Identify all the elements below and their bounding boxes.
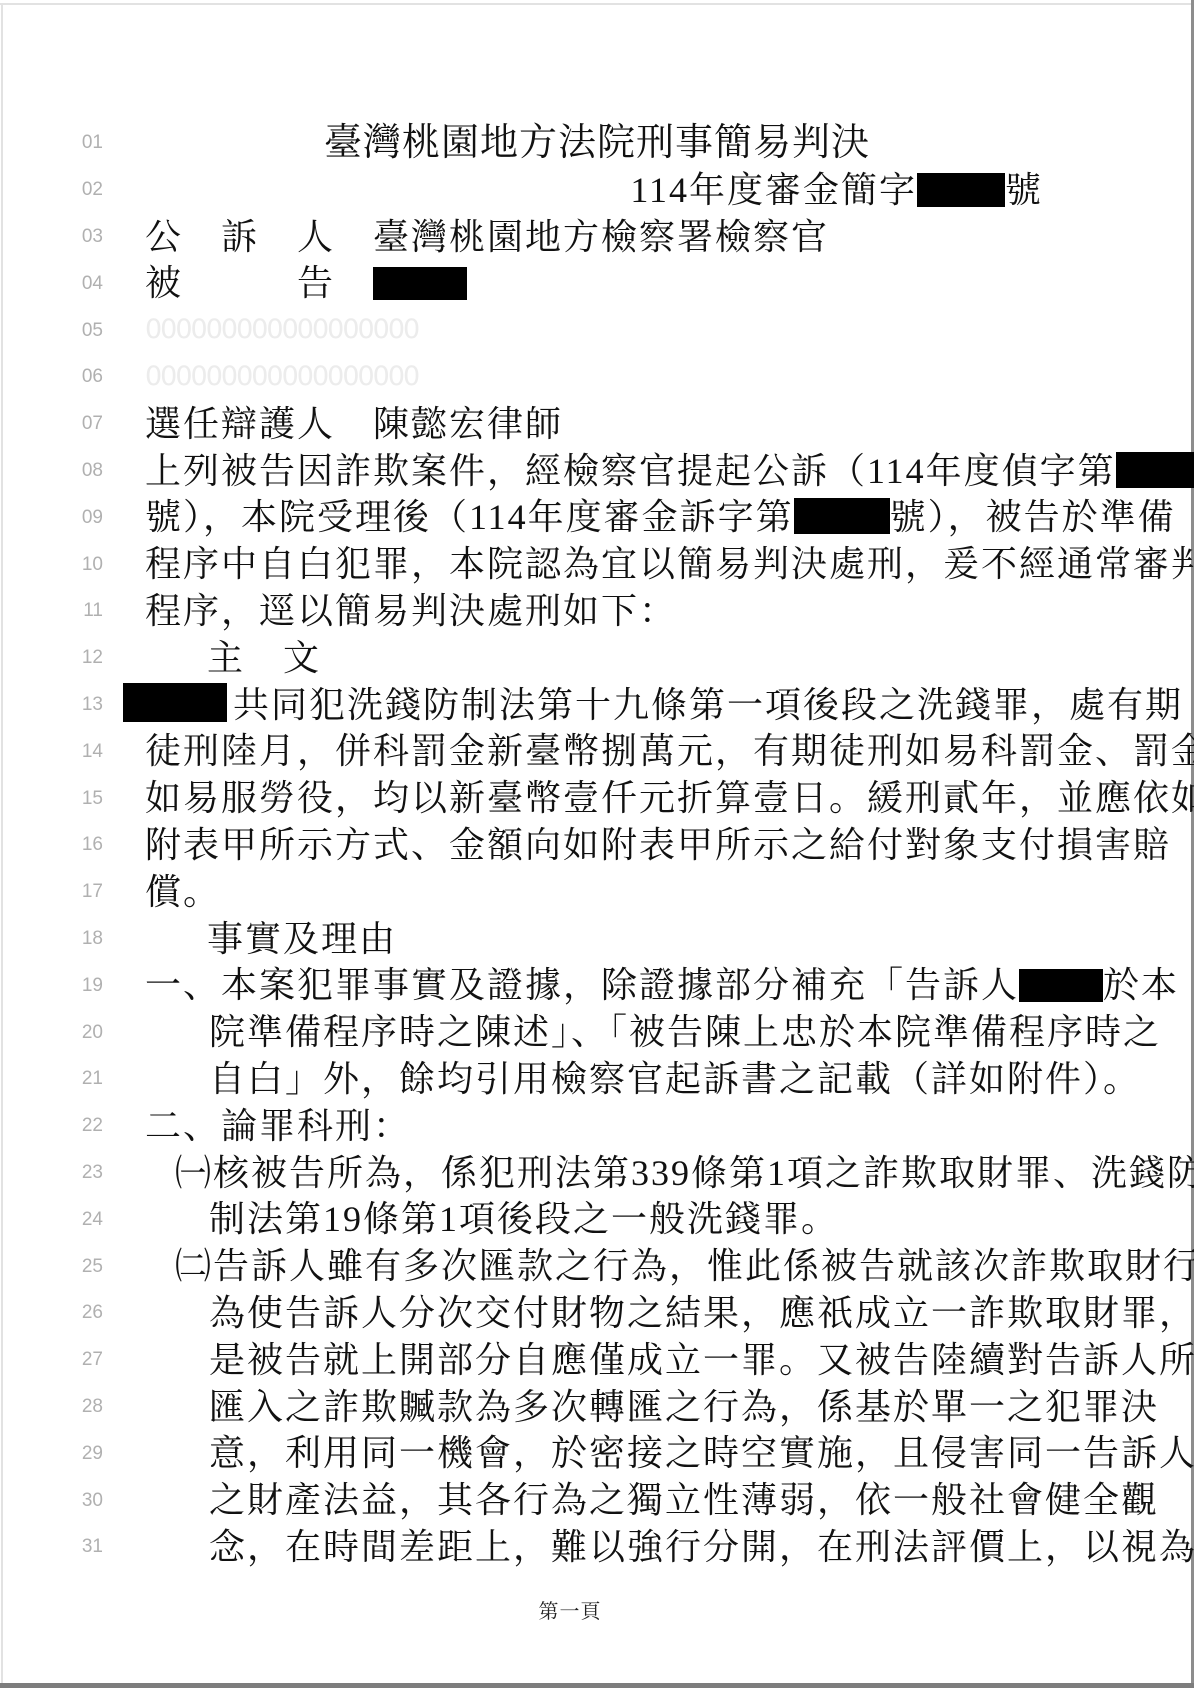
verdict-line: 15 如易服勞役，均以新臺幣壹仟元折算壹日。緩刑貳年，並應依如 <box>0 775 1194 822</box>
line-text: 114年度審金簡字 <box>630 170 917 210</box>
masked-id-line: 06 000000000000000000 <box>0 354 1194 401</box>
facts-item-line: 19 一、本案犯罪事實及證據，除證據部分補充「告訴人於本 <box>0 962 1194 1009</box>
line-text: 號），本院受理後（114年度審金訴字第 <box>145 497 794 537</box>
line-text: 公 訴 人 臺灣桃園地方檢察署檢察官 <box>145 214 829 261</box>
page-number-label: 第一頁 <box>539 1601 602 1623</box>
line-text: 念，在時間差距上，難以強行分開，在刑法評價上，以視為 <box>145 1524 1194 1571</box>
line-number: 20 <box>0 1022 103 1044</box>
document-title: 臺灣桃園地方法院刑事簡易判決 <box>145 120 1049 167</box>
verdict-line: 16 附表甲所示方式、金額向如附表甲所示之給付對象支付損害賠 <box>0 822 1194 869</box>
sentencing-item-line: 24 制法第19條第1項後段之一般洗錢罪。 <box>0 1196 1194 1243</box>
line-number: 21 <box>0 1068 103 1090</box>
line-number: 29 <box>0 1443 103 1465</box>
masked-id-text: 000000000000000000 <box>145 354 418 401</box>
line-content: ㈡告訴人雖有多次匯款之行為，惟此係被告就該次詐欺取財行 <box>145 1243 1194 1290</box>
line-content: 上列被告因詐欺案件，經檢察官提起公訴（114年度偵字第 <box>145 448 1194 495</box>
facts-item-line: 21 自白」外，餘均引用檢察官起訴書之記載（詳如附件）。 <box>0 1056 1194 1103</box>
line-content: ㈠核被告所為，係犯刑法第339條第1項之詐欺取財罪、洗錢防 <box>145 1150 1194 1197</box>
page-edge-bottom <box>0 1683 1194 1688</box>
line-number: 26 <box>0 1302 103 1324</box>
sentencing-item-line: 28 匯入之詐欺贓款為多次轉匯之行為，係基於單一之犯罪決 <box>0 1384 1194 1431</box>
facts-reasons-heading: 事實及理由 <box>145 916 397 963</box>
sentencing-heading-line: 22 二、論罪科刑： <box>0 1103 1194 1150</box>
line-number: 06 <box>0 366 103 388</box>
line-text: 意，利用同一機會，於密接之時空實施，且侵害同一告訴人 <box>145 1430 1194 1477</box>
main-text-heading-line: 12 主 文 <box>0 635 1194 682</box>
line-content: 共同犯洗錢防制法第十九條第一項後段之洗錢罪，處有期 <box>145 682 1183 729</box>
line-number: 17 <box>0 881 103 903</box>
line-number: 13 <box>0 694 103 716</box>
prosecutor-line: 03 公 訴 人 臺灣桃園地方檢察署檢察官 <box>0 214 1194 261</box>
line-text: 一、本案犯罪事實及證據，除證據部分補充「告訴人 <box>145 965 1019 1005</box>
preamble-line: 10 程序中自白犯罪，本院認為宜以簡易判決處刑，爰不經通常審判 <box>0 541 1194 588</box>
line-text: 如易服勞役，均以新臺幣壹仟元折算壹日。緩刑貳年，並應依如 <box>145 775 1194 822</box>
redaction-box <box>1116 452 1194 488</box>
line-content: 號），本院受理後（114年度審金訴字第號），被告於準備 <box>145 494 1176 541</box>
verdict-line: 17 償。 <box>0 869 1194 916</box>
line-text: 號），被告於準備 <box>890 497 1176 537</box>
line-text: 匯入之詐欺贓款為多次轉匯之行為，係基於單一之犯罪決 <box>145 1384 1159 1431</box>
preamble-line: 08 上列被告因詐欺案件，經檢察官提起公訴（114年度偵字第 <box>0 448 1194 495</box>
line-number: 05 <box>0 320 103 342</box>
redaction-box <box>1019 969 1103 1002</box>
verdict-line: 14 徒刑陸月，併科罰金新臺幣捌萬元，有期徒刑如易科罰金、罰金 <box>0 728 1194 775</box>
line-number: 23 <box>0 1162 103 1184</box>
line-number: 08 <box>0 460 103 482</box>
line-number: 09 <box>0 507 103 529</box>
facts-reasons-heading-line: 18 事實及理由 <box>0 916 1194 963</box>
defense-counsel-line: 07 選任辯護人 陳懿宏律師 <box>0 401 1194 448</box>
line-number: 24 <box>0 1209 103 1231</box>
line-text: 自白」外，餘均引用檢察官起訴書之記載（詳如附件）。 <box>145 1056 1141 1103</box>
line-text: 被 告 <box>145 263 373 303</box>
defendant-line: 04 被 告 <box>0 260 1194 307</box>
sentencing-item-line: 27 是被告就上開部分自應僅成立一罪。又被告陸續對告訴人所 <box>0 1337 1194 1384</box>
line-text: 上列被告因詐欺案件，經檢察官提起公訴（114年度偵字第 <box>145 451 1116 491</box>
judgment-page: 01 臺灣桃園地方法院刑事簡易判決 02 114年度審金簡字號 03 公 訴 人… <box>0 0 1194 1688</box>
line-number: 14 <box>0 741 103 763</box>
redaction-box <box>794 498 890 534</box>
sentencing-item-line: 23 ㈠核被告所為，係犯刑法第339條第1項之詐欺取財罪、洗錢防 <box>0 1150 1194 1197</box>
page-edge-top <box>0 3 1191 5</box>
sentencing-item-line: 25 ㈡告訴人雖有多次匯款之行為，惟此係被告就該次詐欺取財行 <box>0 1243 1194 1290</box>
line-text: 制法第19條第1項後段之一般洗錢罪。 <box>145 1196 839 1243</box>
line-text: 為使告訴人分次交付財物之結果，應祇成立一詐欺取財罪， <box>145 1290 1194 1337</box>
line-number: 03 <box>0 226 103 248</box>
document-title-line: 01 臺灣桃園地方法院刑事簡易判決 <box>0 120 1194 167</box>
defendant-name: 被 告 <box>145 260 467 307</box>
case-number: 114年度審金簡字號 <box>145 167 1043 214</box>
verdict-line: 13 共同犯洗錢防制法第十九條第一項後段之洗錢罪，處有期 <box>0 682 1194 729</box>
line-number: 02 <box>0 179 103 201</box>
sentencing-item-line: 29 意，利用同一機會，於密接之時空實施，且侵害同一告訴人 <box>0 1430 1194 1477</box>
line-number: 16 <box>0 834 103 856</box>
line-text: 院準備程序時之陳述」、「被告陳上忠於本院準備程序時之 <box>145 1009 1161 1056</box>
redaction-box <box>373 267 467 300</box>
preamble-line: 09 號），本院受理後（114年度審金訴字第號），被告於準備 <box>0 494 1194 541</box>
line-text: 核被告所為，係犯刑法第339條第1項之詐欺取財罪、洗錢防 <box>213 1153 1194 1193</box>
document-body: 01 臺灣桃園地方法院刑事簡易判決 02 114年度審金簡字號 03 公 訴 人… <box>0 120 1194 1571</box>
line-text: 告訴人雖有多次匯款之行為，惟此係被告就該次詐欺取財行 <box>213 1246 1194 1286</box>
line-number: 12 <box>0 647 103 669</box>
line-number: 18 <box>0 928 103 950</box>
main-text-heading: 主 文 <box>145 635 321 682</box>
masked-id-line: 05 000000000000000000 <box>0 307 1194 354</box>
line-number: 22 <box>0 1115 103 1137</box>
item-marker: ㈠ <box>175 1153 213 1193</box>
line-text: 程序中自白犯罪，本院認為宜以簡易判決處刑，爰不經通常審判 <box>145 541 1194 588</box>
line-text: 徒刑陸月，併科罰金新臺幣捌萬元，有期徒刑如易科罰金、罰金 <box>145 728 1194 775</box>
redaction-box <box>917 173 1005 207</box>
sentencing-item-line: 31 念，在時間差距上，難以強行分開，在刑法評價上，以視為 <box>0 1524 1194 1571</box>
line-number: 31 <box>0 1536 103 1558</box>
case-number-line: 02 114年度審金簡字號 <box>0 167 1194 214</box>
facts-item-line: 20 院準備程序時之陳述」、「被告陳上忠於本院準備程序時之 <box>0 1009 1194 1056</box>
masked-id-text: 000000000000000000 <box>145 307 418 354</box>
line-number: 01 <box>0 132 103 154</box>
line-text: 二、論罪科刑： <box>145 1103 411 1150</box>
line-text: 償。 <box>145 869 221 916</box>
line-text: 於本 <box>1103 965 1179 1005</box>
preamble-line: 11 程序，逕以簡易判決處刑如下： <box>0 588 1194 635</box>
line-text: 附表甲所示方式、金額向如附表甲所示之給付對象支付損害賠 <box>145 822 1171 869</box>
line-text: 程序，逕以簡易判決處刑如下： <box>145 588 677 635</box>
item-marker: ㈡ <box>175 1246 213 1286</box>
line-number: 19 <box>0 975 103 997</box>
sentencing-item-line: 26 為使告訴人分次交付財物之結果，應祇成立一詐欺取財罪， <box>0 1290 1194 1337</box>
line-number: 28 <box>0 1396 103 1418</box>
line-number: 27 <box>0 1349 103 1371</box>
redaction-box <box>123 683 227 722</box>
line-number: 30 <box>0 1490 103 1512</box>
line-number: 10 <box>0 554 103 576</box>
line-number: 15 <box>0 788 103 810</box>
line-text: 共同犯洗錢防制法第十九條第一項後段之洗錢罪，處有期 <box>233 685 1183 725</box>
line-text: 之財產法益，其各行為之獨立性薄弱，依一般社會健全觀 <box>145 1477 1159 1524</box>
sentencing-item-line: 30 之財產法益，其各行為之獨立性薄弱，依一般社會健全觀 <box>0 1477 1194 1524</box>
line-number: 04 <box>0 273 103 295</box>
line-content: 一、本案犯罪事實及證據，除證據部分補充「告訴人於本 <box>145 962 1179 1009</box>
line-text: 號 <box>1005 170 1043 210</box>
line-number: 07 <box>0 413 103 435</box>
page-footer: 第一頁 <box>0 1595 1140 1624</box>
line-number: 25 <box>0 1256 103 1278</box>
line-text: 選任辯護人 陳懿宏律師 <box>145 401 563 448</box>
line-number: 11 <box>0 600 103 622</box>
line-text: 是被告就上開部分自應僅成立一罪。又被告陸續對告訴人所 <box>145 1337 1194 1384</box>
